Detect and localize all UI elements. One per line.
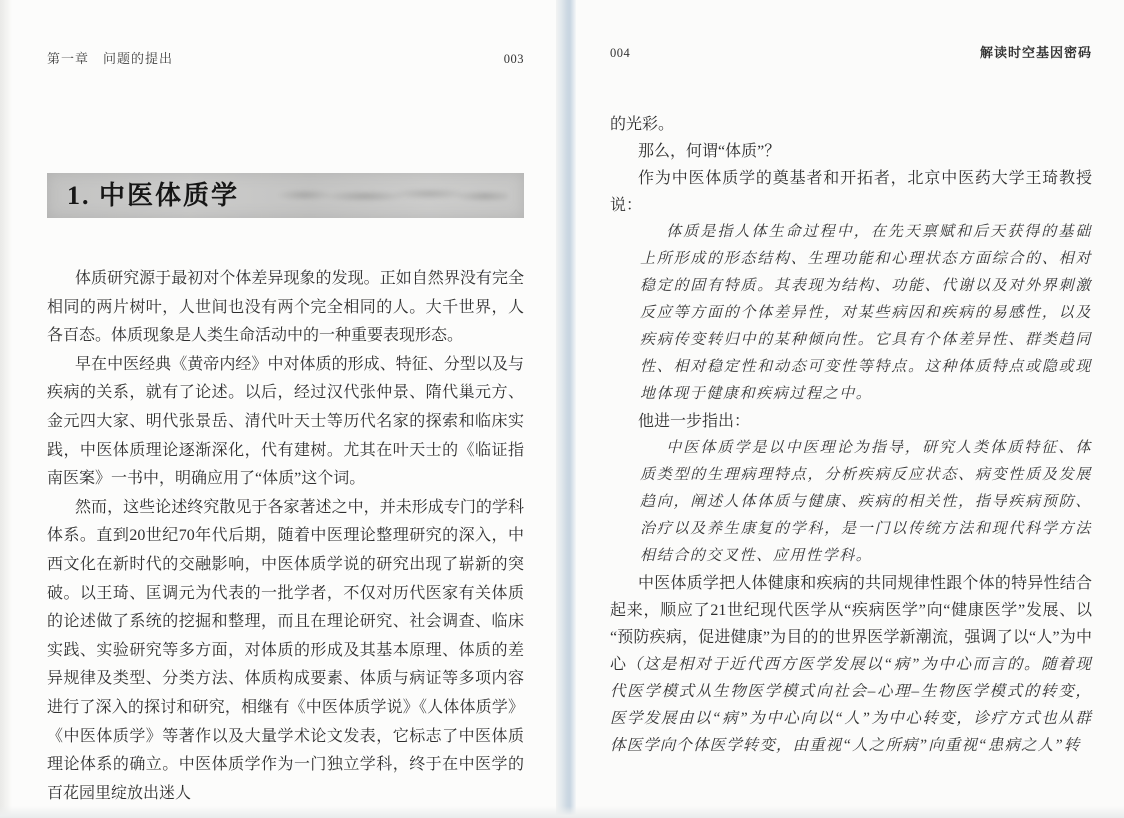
paragraph-intro-wangqi: 作为中医体质学的奠基者和开拓者，北京中医药大学王琦教授说：	[610, 165, 1092, 219]
quote-discipline-definition: 中医体质学是以中医理论为指导，研究人类体质特征、体质类型的生理病理特点，分析疾病…	[640, 435, 1092, 570]
chapter-label: 第一章 问题的提出	[47, 48, 173, 67]
quote-constitution-definition: 体质是指人体生命过程中，在先天禀赋和后天获得的基础上所形成的形态结构、生理功能和…	[640, 219, 1092, 408]
paragraph-question: 那么，何谓“体质”？	[610, 138, 1092, 165]
paragraph-history: 早在中医经典《黄帝内经》中对体质的形成、特征、分型以及与疾病的关系，就有了论述。…	[47, 351, 524, 494]
final-paragraph-kai-text: （这是相对于近代西方医学发展以“病”为中心而言的。随着现代医学模式从生物医学模式…	[610, 656, 1092, 754]
page-004: 004 解读时空基因密码 的光彩。 那么，何谓“体质”？ 作为中医体质学的奠基者…	[576, 0, 1124, 818]
paragraph-origin: 体质研究源于最初对个体差异现象的发现。正如自然界没有完全相同的两片树叶，人世间也…	[47, 265, 524, 351]
right-page-number: 004	[610, 46, 630, 61]
right-body-text: 的光彩。 那么，何谓“体质”？ 作为中医体质学的奠基者和开拓者，北京中医药大学王…	[610, 111, 1092, 759]
print-bleed-ghost	[277, 183, 508, 207]
page-gutter	[556, 0, 576, 818]
book-spread: 第一章 问题的提出 003 1. 中医体质学 体质研究源于最初对个体差异现象的发…	[0, 0, 1124, 818]
left-body-text: 体质研究源于最初对个体差异现象的发现。正如自然界没有完全相同的两片树叶，人世间也…	[47, 265, 524, 808]
section-title-banner: 1. 中医体质学	[47, 173, 524, 218]
paragraph-continuation: 的光彩。	[610, 111, 1092, 138]
right-running-header: 004 解读时空基因密码	[610, 42, 1092, 61]
book-title: 解读时空基因密码	[980, 42, 1092, 61]
paragraph-development: 然而，这些论述终究散见于各家著述之中，并未形成专门的学科体系。直到20世纪70年…	[47, 494, 524, 809]
paragraph-final: 中医体质学把人体健康和疾病的共同规律性跟个体的特异性结合起来，顺应了21世纪现代…	[610, 570, 1092, 759]
left-page-number: 003	[504, 52, 524, 67]
page-003: 第一章 问题的提出 003 1. 中医体质学 体质研究源于最初对个体差异现象的发…	[0, 0, 556, 818]
paragraph-further: 他进一步指出：	[610, 408, 1092, 435]
left-running-header: 第一章 问题的提出 003	[47, 48, 524, 67]
section-title: 1. 中医体质学	[67, 181, 239, 210]
